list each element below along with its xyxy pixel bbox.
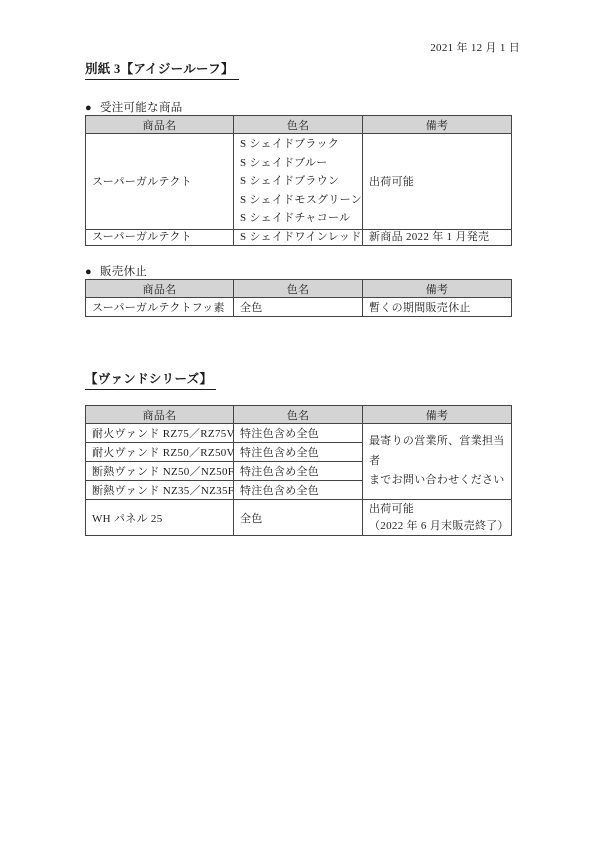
section-heading-receivable-label: 受注可能な商品 [100,102,183,114]
contact-note-cell: 最寄りの営業所、営業担当者 までお問い合わせください [363,424,512,500]
note-line: （2022 年 6 月末販売終了） [369,518,507,535]
product-cell: スーパーガルテクト [86,229,234,245]
table-header-row: 商品名 色名 備考 [86,280,512,298]
header-cell-note: 備考 [363,116,512,134]
note-cell: 出荷可能 （2022 年 6 月末販売終了） [363,500,512,536]
color-list-cell: S シェイドブラック S シェイドブルー S シェイドブラウン S シェイドモス… [234,134,363,230]
suspended-products-table: 商品名 色名 備考 スーパーガルテクトフッ素 全色 暫くの期間販売休止 [85,279,512,317]
color-cell: 特注色含め全色 [234,481,363,500]
table-header-row: 商品名 色名 備考 [86,406,512,424]
color-cell: 特注色含め全色 [234,443,363,462]
bullet-icon: ● [85,266,92,278]
product-cell: 断熱ヴァンド NZ35／NZ35F [86,481,234,500]
table-row: WH パネル 25 全色 出荷可能 （2022 年 6 月末販売終了） [86,500,512,536]
color-cell: 全色 [234,298,363,317]
header-cell-color: 色名 [234,406,363,424]
color-item: S シェイドチャコール [240,209,358,228]
header-cell-color: 色名 [234,116,363,134]
header-cell-note: 備考 [363,406,512,424]
header-cell-product: 商品名 [86,280,234,298]
header-cell-product: 商品名 [86,116,234,134]
vand-series-table: 商品名 色名 備考 耐火ヴァンド RZ75／RZ75V 特注色含め全色 最寄りの… [85,405,512,536]
contact-note-line: までお問い合わせください [369,471,507,491]
color-item: S シェイドモスグリーン [240,191,358,210]
table-row: スーパーガルテクト S シェイドワインレッド 新商品 2022 年 1 月発売 [86,229,512,245]
color-cell: 全色 [234,500,363,536]
color-item: S シェイドブラック [240,135,358,154]
product-cell: WH パネル 25 [86,500,234,536]
product-cell: スーパーガルテクトフッ素 [86,298,234,317]
section-title-vand-series: 【ヴァンドシリーズ】 [85,369,216,390]
color-cell: 特注色含め全色 [234,424,363,443]
header-cell-note: 備考 [363,280,512,298]
section-heading-suspended-label: 販売休止 [100,266,147,278]
bullet-icon: ● [85,102,92,114]
note-line: 出荷可能 [369,501,507,518]
note-cell: 新商品 2022 年 1 月発売 [363,229,512,245]
color-cell: S シェイドワインレッド [234,229,363,245]
document-page: 2021 年 12 月 1 日 別紙 3【アイジールーフ】 ●受注可能な商品 商… [0,0,595,842]
table-row: 耐火ヴァンド RZ75／RZ75V 特注色含め全色 最寄りの営業所、営業担当者 … [86,424,512,443]
receivable-products-table: 商品名 色名 備考 スーパーガルテクト S シェイドブラック S シェイドブルー… [85,115,512,246]
product-cell: 断熱ヴァンド NZ50／NZ50F [86,462,234,481]
table-header-row: 商品名 色名 備考 [86,116,512,134]
product-cell: 耐火ヴァンド RZ50／RZ50V [86,443,234,462]
header-cell-product: 商品名 [86,406,234,424]
contact-note-line: 最寄りの営業所、営業担当者 [369,432,507,471]
product-cell: 耐火ヴァンド RZ75／RZ75V [86,424,234,443]
section-heading-suspended: ●販売休止 [85,263,147,279]
product-cell: スーパーガルテクト [86,134,234,230]
color-item: S シェイドブルー [240,154,358,173]
color-item: S シェイドブラウン [240,172,358,191]
document-title: 別紙 3【アイジールーフ】 [85,59,239,80]
header-cell-color: 色名 [234,280,363,298]
color-cell: 特注色含め全色 [234,462,363,481]
table-row: スーパーガルテクトフッ素 全色 暫くの期間販売休止 [86,298,512,317]
note-cell: 暫くの期間販売休止 [363,298,512,317]
section-heading-receivable: ●受注可能な商品 [85,99,183,115]
document-date: 2021 年 12 月 1 日 [430,39,520,55]
table-row: スーパーガルテクト S シェイドブラック S シェイドブルー S シェイドブラウ… [86,134,512,230]
note-cell: 出荷可能 [363,134,512,230]
